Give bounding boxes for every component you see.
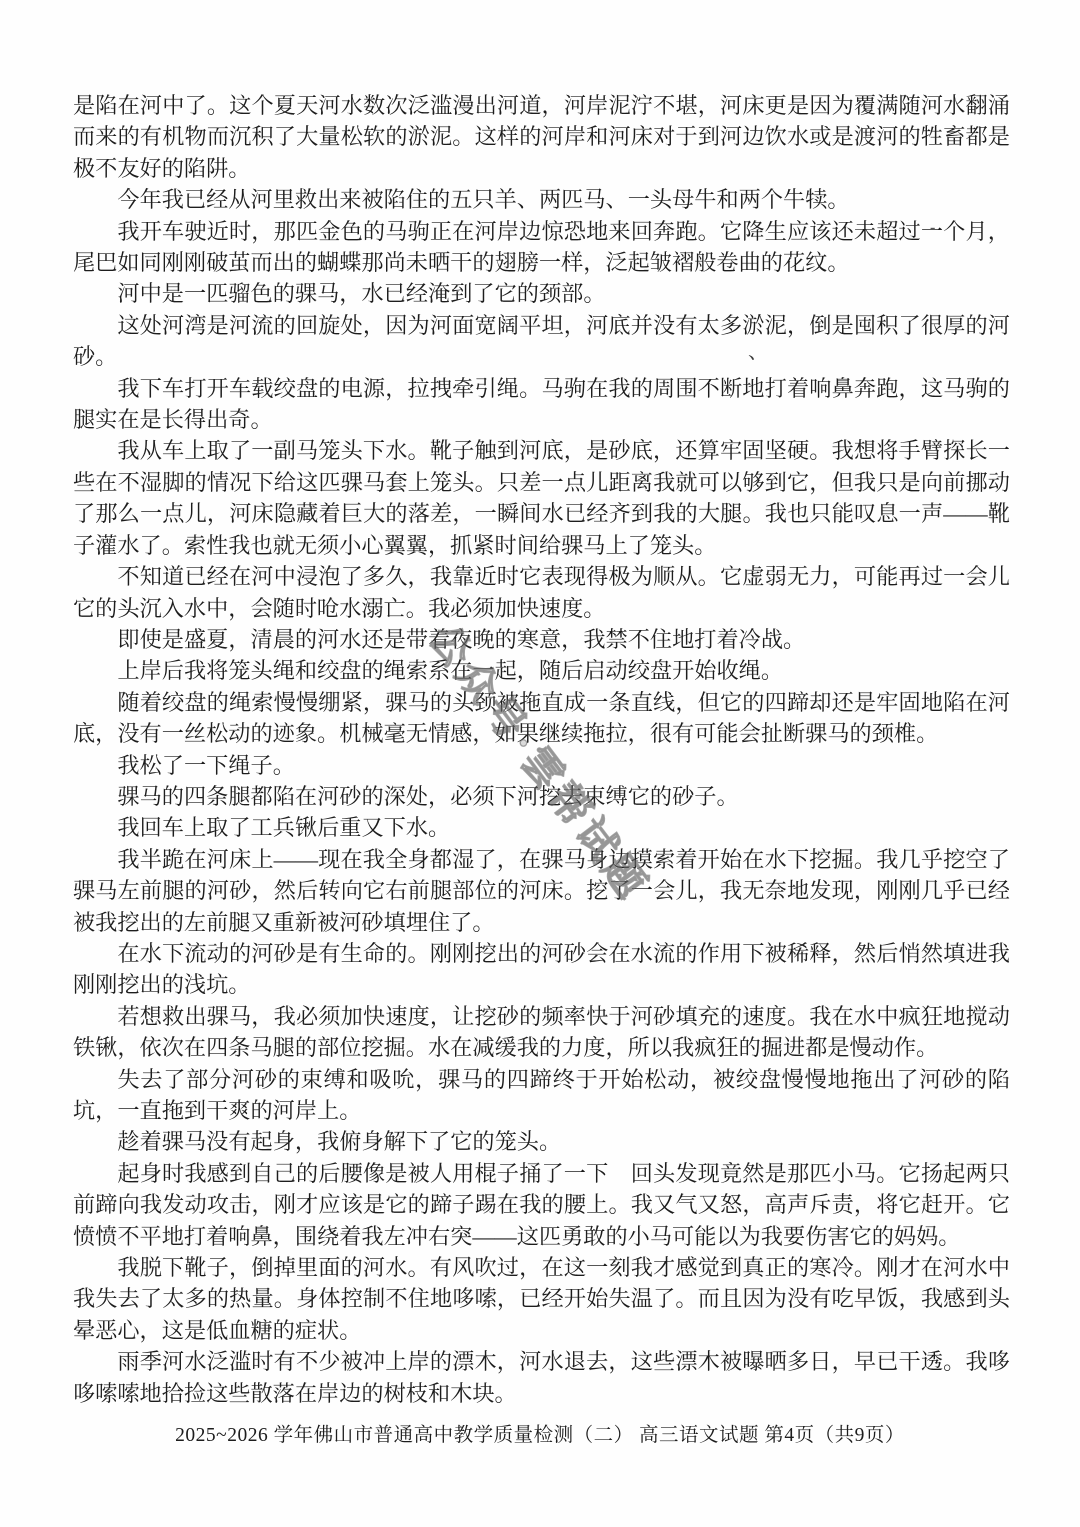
article-body: 是陷在河中了。这个夏天河水数次泛滥漫出河道，河岸泥泞不堪，河床更是因为覆满随河水… [73, 90, 1010, 1409]
paragraph: 不知道已经在河中浸泡了多久，我靠近时它表现得极为顺从。它虚弱无力，可能再过一会儿… [73, 561, 1010, 624]
scan-artifact-dash: - [930, 218, 935, 238]
scan-artifact-comma: 、 [748, 342, 768, 362]
paragraph: 即使是盛夏，清晨的河水还是带着夜晚的寒意，我禁不住地打着冷战。 [73, 624, 1010, 655]
paragraph: 今年我已经从河里救出来被陷住的五只羊、两匹马、一头母牛和两个牛犊。 [73, 184, 1010, 215]
paragraph: 我从车上取了一副马笼头下水。靴子触到河底，是砂底，还算牢固坚硬。我想将手臂探长一… [73, 435, 1010, 561]
paragraph: 这处河湾是河流的回旋处，因为河面宽阔平坦，河底并没有太多淤泥，倒是囤积了很厚的河… [73, 310, 1010, 373]
paragraph: 趁着骒马没有起身，我俯身解下了它的笼头。 [73, 1126, 1010, 1157]
paragraph: 随着绞盘的绳索慢慢绷紧，骒马的头颈被拖直成一条直线，但它的四蹄却还是牢固地陷在河… [73, 687, 1010, 750]
paragraph: 起身时我感到自己的后腰像是被人用棍子捅了一下 回头发现竟然是那匹小马。它扬起两只… [73, 1158, 1010, 1252]
paragraph: 若想救出骒马，我必须加快速度，让挖砂的频率快于河砂填充的速度。我在水中疯狂地搅动… [73, 1001, 1010, 1064]
paragraph: 我半跪在河床上——现在我全身都湿了，在骒马身边摸索着开始在水下挖掘。我几乎挖空了… [73, 844, 1010, 938]
paragraph: 雨季河水泛滥时有不少被冲上岸的漂木，河水退去，这些漂木被曝晒多日，早已干透。我哆… [73, 1346, 1010, 1409]
paragraph: 骒马的四条腿都陷在河砂的深处，必须下河挖去束缚它的砂子。 [73, 781, 1010, 812]
paragraph: 我下车打开车载绞盘的电源，拉拽牵引绳。马驹在我的周围不断地打着响鼻奔跑，这马驹的… [73, 373, 1010, 436]
paragraph: 上岸后我将笼头绳和绞盘的绳索系在一起，随后启动绞盘开始收绳。 [73, 655, 1010, 686]
page-footer: 2025~2026 学年佛山市普通高中教学质量检测（二） 高三语文试题 第4页（… [0, 1419, 1080, 1447]
paragraph: 我松了一下绳子。 [73, 750, 1010, 781]
exam-page: 是陷在河中了。这个夏天河水数次泛滥漫出河道，河岸泥泞不堪，河床更是因为覆满随河水… [0, 0, 1080, 1527]
paragraph: 我开车驶近时，那匹金色的马驹正在河岸边惊恐地来回奔跑。它降生应该还未超过一个月，… [73, 216, 1010, 279]
paragraph: 河中是一匹骝色的骒马，水已经淹到了它的颈部。 [73, 278, 1010, 309]
paragraph: 我脱下靴子，倒掉里面的河水。有风吹过，在这一刻我才感觉到真正的寒冷。刚才在河水中… [73, 1252, 1010, 1346]
paragraph: 是陷在河中了。这个夏天河水数次泛滥漫出河道，河岸泥泞不堪，河床更是因为覆满随河水… [73, 90, 1010, 184]
paragraph: 在水下流动的河砂是有生命的。刚刚挖出的河砂会在水流的作用下被稀释，然后悄然填进我… [73, 938, 1010, 1001]
paragraph: 失去了部分河砂的束缚和吸吮，骒马的四蹄终于开始松动，被绞盘慢慢地拖出了河砂的陷坑… [73, 1064, 1010, 1127]
paragraph: 我回车上取了工兵锹后重又下水。 [73, 812, 1010, 843]
